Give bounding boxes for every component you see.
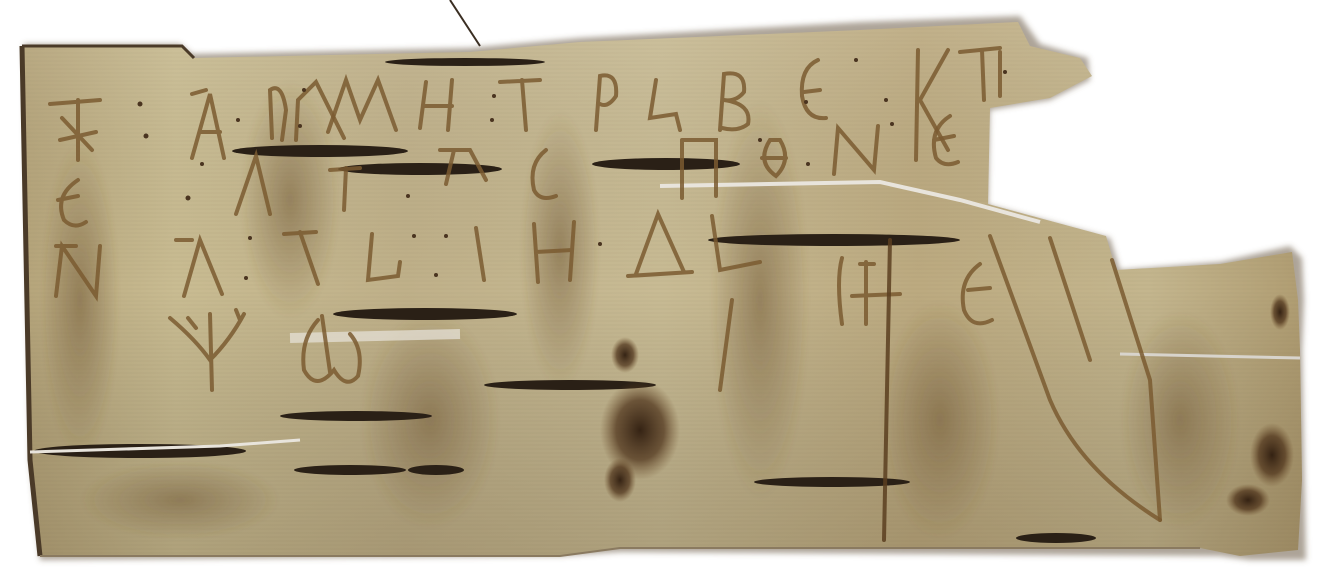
birch-bark-photo: А ѠМНТ Р ЬВ Є КТ Л Т Ѧ С ПѲ ЧN Є N Л ТЬ … xyxy=(0,0,1320,586)
twig xyxy=(450,0,480,46)
bark-illustration xyxy=(0,0,1320,586)
